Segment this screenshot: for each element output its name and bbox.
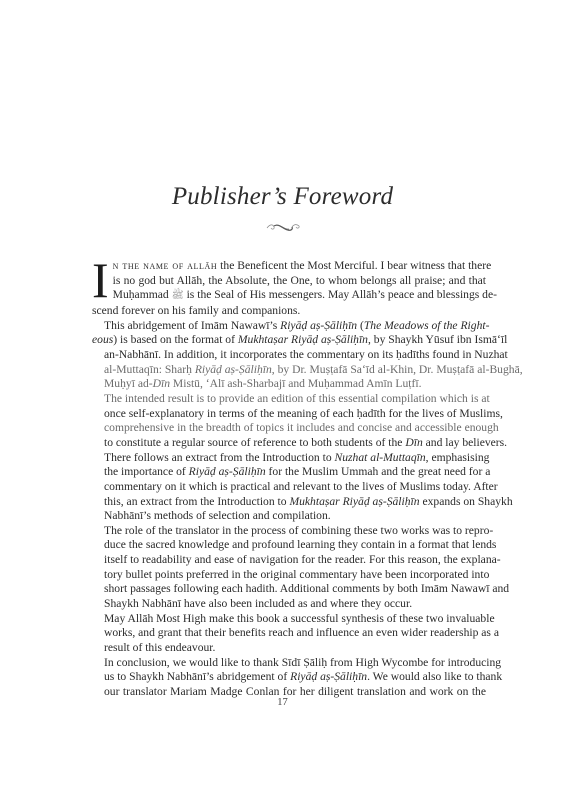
document-page: Publisher’s Foreword I n the name of all… bbox=[0, 0, 565, 800]
text-line: to constitute a regular source of refere… bbox=[92, 436, 486, 451]
paragraph-2: This abridgement of Imām Nawawī’s Riyāḍ … bbox=[92, 319, 486, 392]
paragraph-4: There follows an extract from the Introd… bbox=[92, 451, 486, 524]
text-line: eous) is based on the format of Mukhtaṣa… bbox=[92, 333, 486, 348]
text-line: Muḥammad ﷺ is the Seal of His messengers… bbox=[92, 288, 486, 304]
text-line: us to Shaykh Nabhānī’s abridgement of Ri… bbox=[92, 670, 486, 685]
text-line: al-Muttaqīn: Sharḥ Riyāḍ aṣ-Ṣāliḥīn, by … bbox=[92, 363, 486, 378]
text-line: this, an extract from the Introduction t… bbox=[92, 495, 486, 510]
text-line: May Allāh Most High make this book a suc… bbox=[92, 612, 486, 627]
page-title: Publisher’s Foreword bbox=[0, 183, 565, 211]
text-line: comprehensive in the breadth of topics i… bbox=[92, 421, 486, 436]
text-line: short passages following each hadith. Ad… bbox=[92, 582, 486, 597]
text-line: Muḥyī ad-Dīn Mistū, ‘Alī ash-Sharbajī an… bbox=[92, 377, 486, 392]
text-line: result of this endeavour. bbox=[92, 641, 486, 656]
text-line: Nabhānī’s methods of selection and compi… bbox=[92, 509, 486, 524]
text-line: This abridgement of Imām Nawawī’s Riyāḍ … bbox=[92, 319, 486, 334]
text-line: once self-explanatory in terms of the me… bbox=[92, 407, 486, 422]
text-line: the Beneficent the Most Merciful. I bear… bbox=[217, 259, 491, 272]
flourish-ornament-icon bbox=[265, 220, 301, 234]
text-line: The intended result is to provide an edi… bbox=[92, 392, 486, 407]
text-line: The role of the translator in the proces… bbox=[92, 524, 486, 539]
text-line: itself to readability and ease of naviga… bbox=[92, 553, 486, 568]
salawat-glyph-icon: ﷺ bbox=[172, 290, 184, 301]
text-line: tory bullet points preferred in the orig… bbox=[92, 568, 486, 583]
foreword-body: I n the name of allāh the Beneficent the… bbox=[92, 259, 486, 700]
text-line: scend forever on his family and companio… bbox=[92, 304, 486, 319]
text-line: Shaykh Nabhānī have also been included a… bbox=[92, 597, 486, 612]
text-line: commentary on it which is practical and … bbox=[92, 480, 486, 495]
small-caps-lead: n the name of allāh bbox=[113, 260, 218, 272]
text-line: There follows an extract from the Introd… bbox=[92, 451, 486, 466]
paragraph-1: I n the name of allāh the Beneficent the… bbox=[92, 259, 486, 319]
paragraph-7: In conclusion, we would like to thank Sī… bbox=[92, 656, 486, 700]
paragraph-6: May Allāh Most High make this book a suc… bbox=[92, 612, 486, 656]
page-number: 17 bbox=[0, 697, 565, 708]
text-line: an-Nabhānī. In addition, it incorporates… bbox=[92, 348, 486, 363]
text-line: the importance of Riyāḍ aṣ-Ṣāliḥīn for t… bbox=[92, 465, 486, 480]
paragraph-5: The role of the translator in the proces… bbox=[92, 524, 486, 612]
drop-cap: I bbox=[92, 260, 109, 302]
text-line: works, and grant that their benefits rea… bbox=[92, 626, 486, 641]
text-line: is no god but Allāh, the Absolute, the O… bbox=[92, 274, 486, 289]
paragraph-3: The intended result is to provide an edi… bbox=[92, 392, 486, 451]
text-line: duce the sacred knowledge and profound l… bbox=[92, 538, 486, 553]
text-line: In conclusion, we would like to thank Sī… bbox=[92, 656, 486, 671]
